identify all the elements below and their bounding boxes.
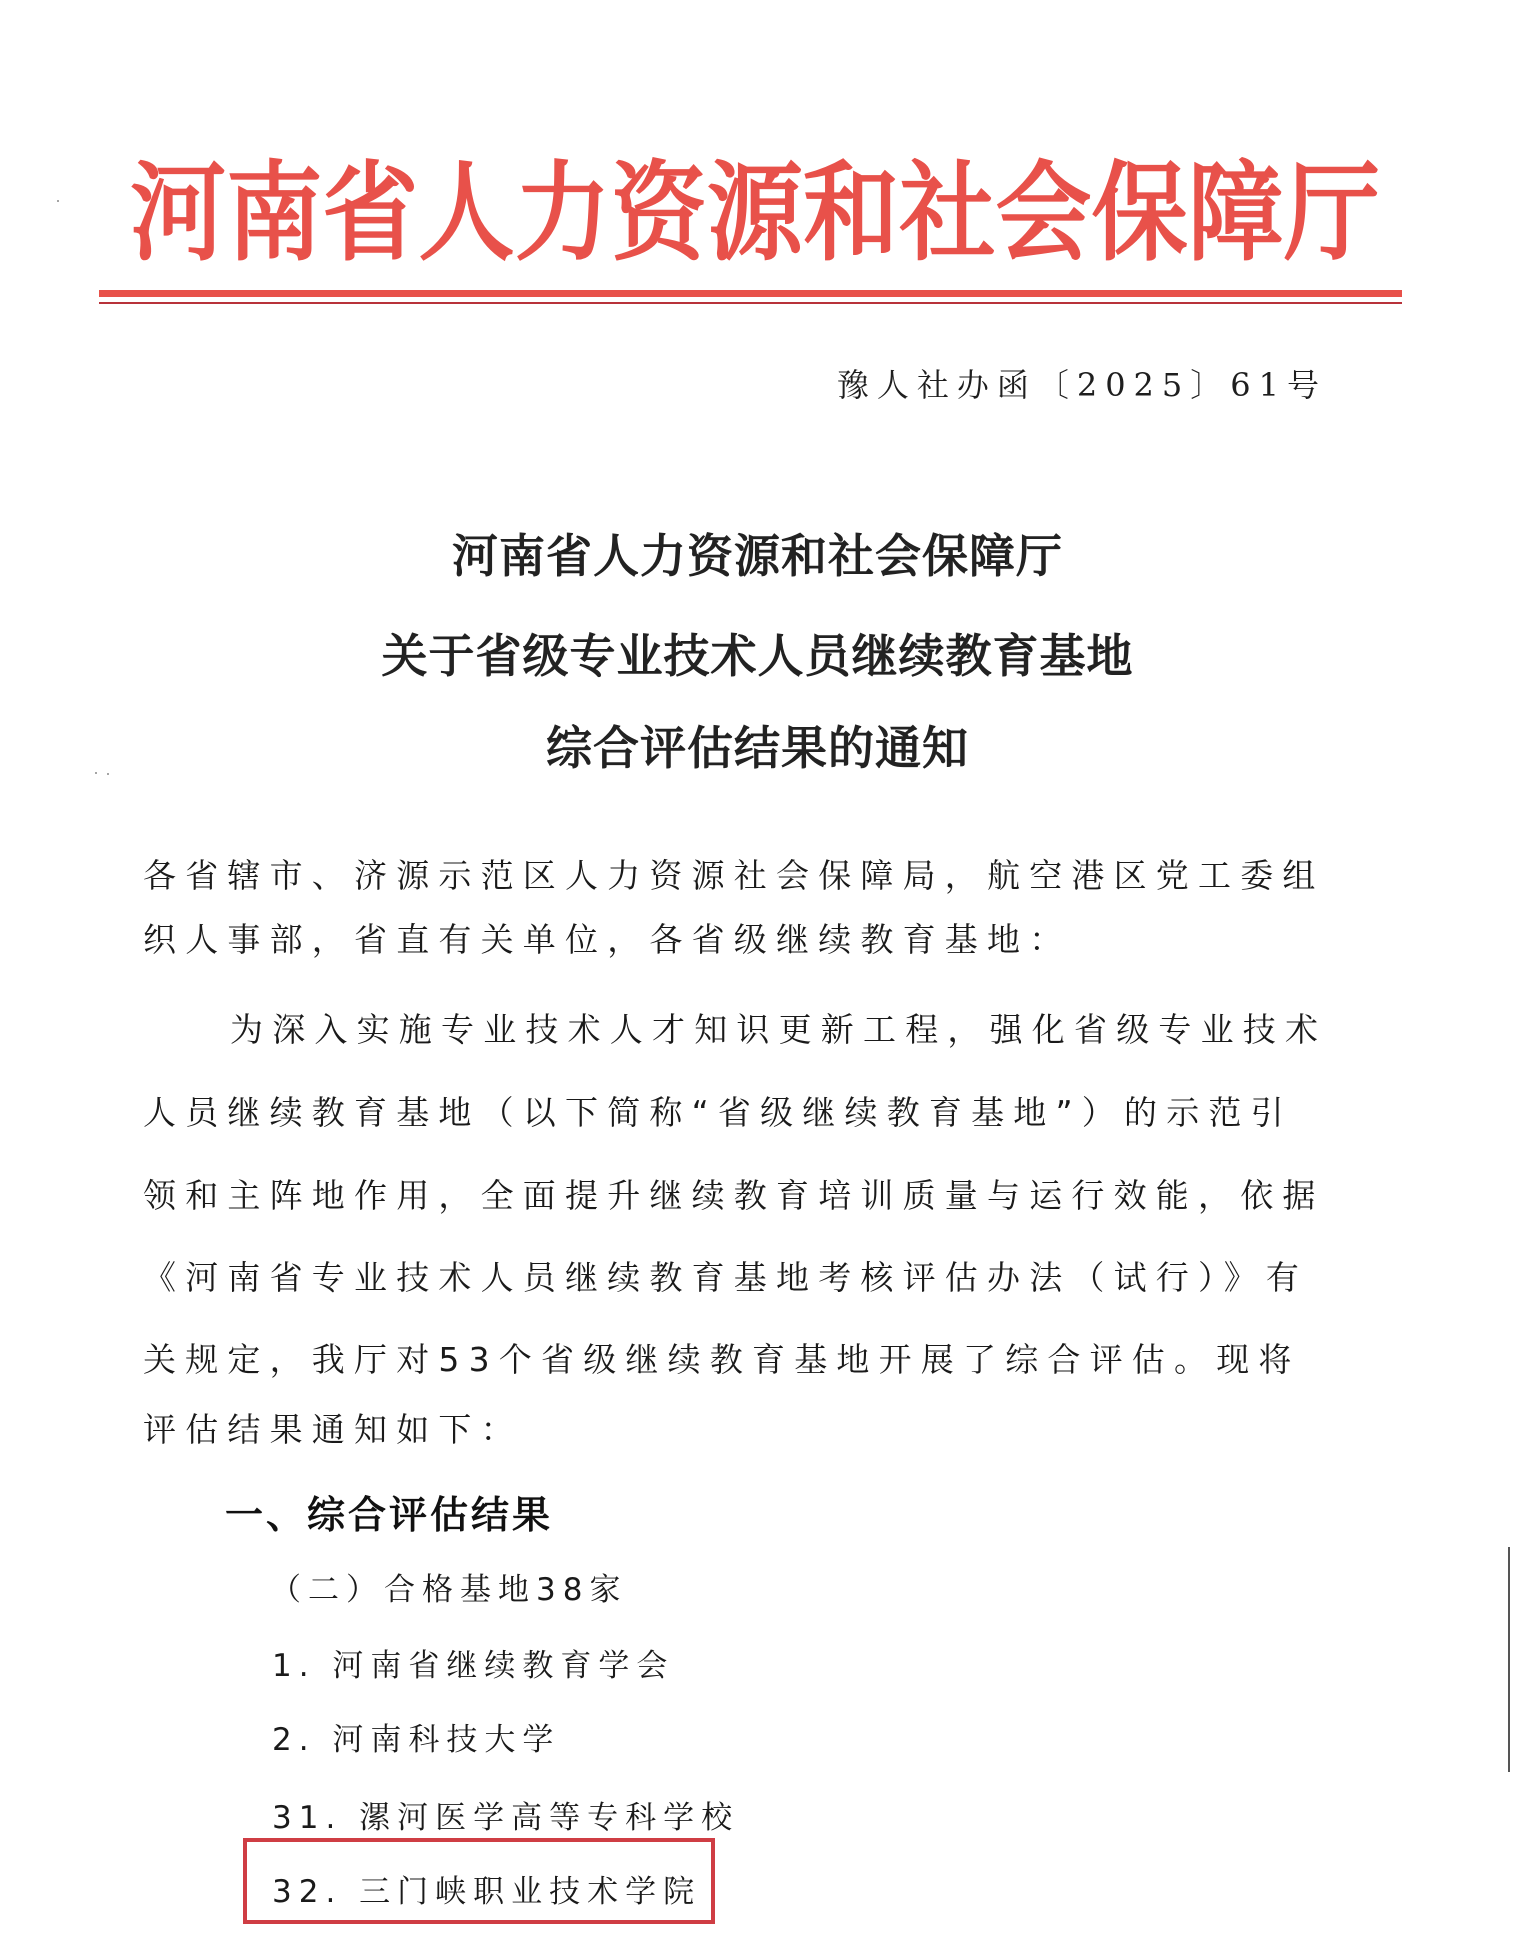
body-line-4: 《河南省专业技术人员继续教育基地考核评估办法（试行）》有 xyxy=(143,1252,1353,1299)
title-line-3: 综合评估结果的通知 xyxy=(0,712,1515,778)
letterhead-org-name: 河 南 省 人 力 资 源 和 社 会 保 障 厅 xyxy=(130,158,1380,268)
scan-speck xyxy=(107,773,109,775)
letterhead-char: 会 xyxy=(995,151,1091,274)
letterhead-char: 南 xyxy=(226,151,322,274)
body-line-2: 人员继续教育基地（以下简称“省级继续教育基地”）的示范引 xyxy=(143,1087,1353,1134)
subsection-heading: （二）合格基地38家 xyxy=(270,1564,627,1609)
list-item: 31. 漯河医学高等专科学校 xyxy=(272,1792,739,1837)
scan-margin-line xyxy=(1508,1547,1510,1772)
section-heading: 一、综合评估结果 xyxy=(225,1484,553,1539)
letterhead-char: 资 xyxy=(611,151,707,274)
letterhead-char: 保 xyxy=(1092,151,1188,274)
letterhead-char: 社 xyxy=(899,151,995,274)
list-item: 1. 河南省继续教育学会 xyxy=(272,1640,674,1685)
addressee-line-1: 各省辖市、济源示范区人力资源社会保障局，航空港区党工委组 xyxy=(143,850,1353,897)
letterhead-char: 源 xyxy=(707,151,803,274)
body-line-6: 评估结果通知如下： xyxy=(143,1404,1353,1451)
letterhead-rule-thick xyxy=(99,290,1402,297)
scan-speck xyxy=(57,200,59,202)
scan-speck xyxy=(95,772,97,774)
letterhead-char: 厅 xyxy=(1284,151,1380,274)
letterhead-char: 力 xyxy=(515,151,611,274)
addressee-line-2: 织人事部，省直有关单位，各省级继续教育基地： xyxy=(143,914,1353,961)
body-line-3: 领和主阵地作用，全面提升继续教育培训质量与运行效能，依据 xyxy=(143,1170,1353,1217)
list-item: 2. 河南科技大学 xyxy=(272,1714,560,1759)
title-line-1: 河南省人力资源和社会保障厅 xyxy=(0,520,1515,586)
letterhead-char: 人 xyxy=(418,151,514,274)
letterhead-char: 障 xyxy=(1188,151,1284,274)
body-line-5: 关规定，我厅对53个省级继续教育基地开展了综合评估。现将 xyxy=(143,1334,1353,1381)
letterhead-char: 省 xyxy=(322,151,418,274)
letterhead-char: 和 xyxy=(803,151,899,274)
body-line-1: 为深入实施专业技术人才知识更新工程，强化省级专业技术 xyxy=(230,1004,1355,1051)
title-line-2: 关于省级专业技术人员继续教育基地 xyxy=(0,620,1515,686)
letterhead-rule-thin xyxy=(99,302,1402,304)
highlight-box xyxy=(243,1838,715,1924)
document-number: 豫人社办函〔2025〕61号 xyxy=(837,360,1327,406)
letterhead-char: 河 xyxy=(130,151,226,274)
